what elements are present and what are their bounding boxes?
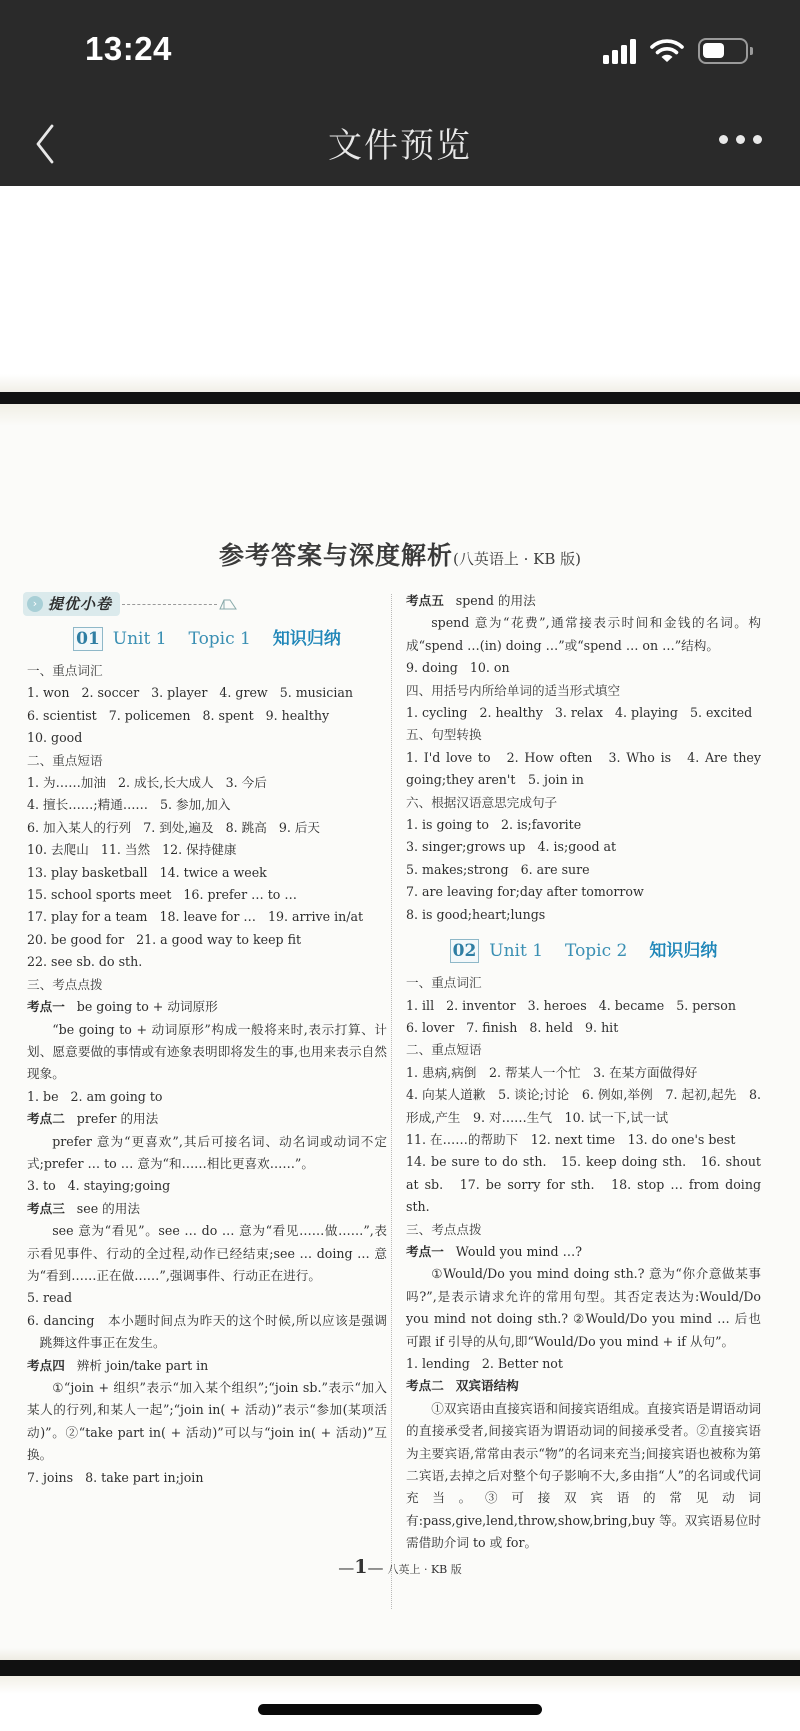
chevron-right-icon: ›: [27, 596, 43, 612]
answer-line: 14. be sure to do sth. 15. keep doing st…: [406, 1151, 761, 1218]
answer-line: 4. 擅长……;精通……5. 参加,加入: [27, 794, 387, 816]
answer-line: 17. play for a team18. leave for …19. ar…: [27, 906, 387, 928]
answer-line: 7. are leaving for;day after tomorrow: [406, 881, 761, 903]
right-column: 考点五spend 的用法 spend 意为“花费”,通常接表示时间和金钱的名词。…: [406, 590, 761, 1555]
document-page[interactable]: 参考答案与深度解析(八英语上 · KB 版) › 提优小卷 01Unit 1To…: [0, 404, 800, 1660]
key-point-heading: 考点四辨析 join/take part in: [27, 1355, 387, 1377]
answer-line: 1. 患病,病倒 2. 帮某人一个忙 3. 在某方面做得好: [406, 1062, 761, 1084]
top-bar: 13:24 文件预览: [0, 0, 800, 186]
answer-line: 11. 在……的帮助下 12. next time 13. do one's b…: [406, 1129, 761, 1151]
key-point-heading: 考点一be going to + 动词原形: [27, 996, 387, 1018]
answer-line: 10. good: [27, 727, 387, 749]
unit-heading-1: 01Unit 1Topic 1知识归纳: [27, 624, 387, 654]
explanation-text: prefer 意为“更喜欢”,其后可接名词、动名词或动词不定式;prefer ……: [27, 1131, 387, 1176]
answer-line: 4. 向某人道歉 5. 谈论;讨论 6. 例如,举例 7. 起初,起先 8. 形…: [406, 1084, 761, 1129]
page-separator: [0, 1660, 800, 1676]
battery-icon: [698, 38, 748, 64]
pencil-icon: [219, 598, 237, 610]
answer-line: 1. ill2. inventor3. heroes4. became5. pe…: [406, 995, 761, 1017]
section-heading: 二、重点短语: [27, 750, 387, 772]
home-indicator[interactable]: [258, 1704, 542, 1715]
status-time: 13:24: [85, 30, 172, 68]
answer-line: 10. 去爬山11. 当然12. 保持健康: [27, 839, 387, 861]
explanation-text: ①“join + 组织”表示“加入某个组织”;“join sb.”表示“加入某人…: [27, 1377, 387, 1467]
answer-line: 1. 为……加油2. 成长,长大成人3. 今后: [27, 772, 387, 794]
ellipsis-icon: [719, 135, 728, 144]
section-heading: 一、重点词汇: [406, 972, 761, 994]
cellular-signal-icon: [603, 38, 636, 64]
section-heading: 六、根据汉语意思完成句子: [406, 792, 761, 814]
explanation-text: ①Would/Do you mind doing sth.? 意为“你介意做某事…: [406, 1263, 761, 1353]
section-heading: 一、重点词汇: [27, 660, 387, 682]
left-column: › 提优小卷 01Unit 1Topic 1知识归纳 一、重点词汇 1. won…: [27, 590, 387, 1489]
section-banner: › 提优小卷: [23, 590, 387, 618]
section-heading: 三、考点点拨: [406, 1219, 761, 1241]
answer-line: 7. joins8. take part in;join: [27, 1467, 387, 1489]
answer-line: 5. makes;strong6. are sure: [406, 859, 761, 881]
key-point-heading: 考点五spend 的用法: [406, 590, 761, 612]
key-point-heading: 考点三see 的用法: [27, 1198, 387, 1220]
answer-line: 8. is good;heart;lungs: [406, 904, 761, 926]
explanation-text: see 意为“看见”。see … do … 意为“看见……做……”,表示看见事件…: [27, 1220, 387, 1287]
answer-line: 3. singer;grows up4. is;good at: [406, 836, 761, 858]
page-footer: —1—八英上 · KB 版: [0, 1556, 800, 1578]
page-separator: [0, 392, 800, 404]
more-options-button[interactable]: [719, 135, 762, 144]
explanation-text: spend 意为“花费”,通常接表示时间和金钱的名词。构成“spend …(in…: [406, 612, 761, 657]
previous-page: [0, 186, 800, 392]
column-divider: [391, 594, 392, 1609]
section-heading: 二、重点短语: [406, 1039, 761, 1061]
page-number: 1: [354, 1556, 367, 1578]
answer-line: 1. won2. soccer3. player4. grew5. musici…: [27, 682, 387, 704]
answer-line: 22. see sb. do sth.: [27, 951, 387, 973]
unit-heading-2: 02Unit 1Topic 2知识归纳: [406, 936, 761, 966]
answer-line: 5. read: [27, 1287, 387, 1309]
explanation-text: ①双宾语由直接宾语和间接宾语组成。直接宾语是谓语动词的直接承受者,间接宾语为谓语…: [406, 1398, 761, 1555]
key-point-heading: 考点二prefer 的用法: [27, 1108, 387, 1130]
answer-line: 1. lending2. Better not: [406, 1353, 761, 1375]
answer-line: 1. cycling2. healthy3. relax4. playing5.…: [406, 702, 761, 724]
answer-line: 6. scientist7. policemen8. spent9. healt…: [27, 705, 387, 727]
answer-line: 20. be good for21. a good way to keep fi…: [27, 929, 387, 951]
section-heading: 三、考点点拨: [27, 974, 387, 996]
explanation-text: “be going to + 动词原形”构成一般将来时,表示打算、计划、愿意要做…: [27, 1019, 387, 1086]
answer-line: 3. to4. staying;going: [27, 1175, 387, 1197]
status-icons: [603, 38, 748, 64]
answer-line: 13. play basketball14. twice a week: [27, 862, 387, 884]
answer-line: 6. 加入某人的行列7. 到处,遍及8. 跳高9. 后天: [27, 817, 387, 839]
answer-line: 1. be2. am going to: [27, 1086, 387, 1108]
answer-line: 9. doing10. on: [406, 657, 761, 679]
edition-label: 八英上 · KB 版: [387, 1563, 461, 1576]
answer-line: 1. I'd love to 2. How often 3. Who is 4.…: [406, 747, 761, 792]
page-title: 文件预览: [0, 118, 800, 167]
answer-line: 15. school sports meet16. prefer … to …: [27, 884, 387, 906]
section-heading: 四、用括号内所给单词的适当形式填空: [406, 680, 761, 702]
wifi-icon: [650, 38, 684, 64]
document-title: 参考答案与深度解析(八英语上 · KB 版): [0, 536, 800, 572]
key-point-heading: 考点二双宾语结构: [406, 1375, 761, 1397]
section-heading: 五、句型转换: [406, 724, 761, 746]
answer-line: 6. dancing 本小题时间点为昨天的这个时候,所以应该是强调跳舞这件事正在…: [27, 1310, 387, 1355]
answer-line: 1. is going to2. is;favorite: [406, 814, 761, 836]
key-point-heading: 考点一Would you mind …?: [406, 1241, 761, 1263]
answer-line: 6. lover7. finish8. held9. hit: [406, 1017, 761, 1039]
